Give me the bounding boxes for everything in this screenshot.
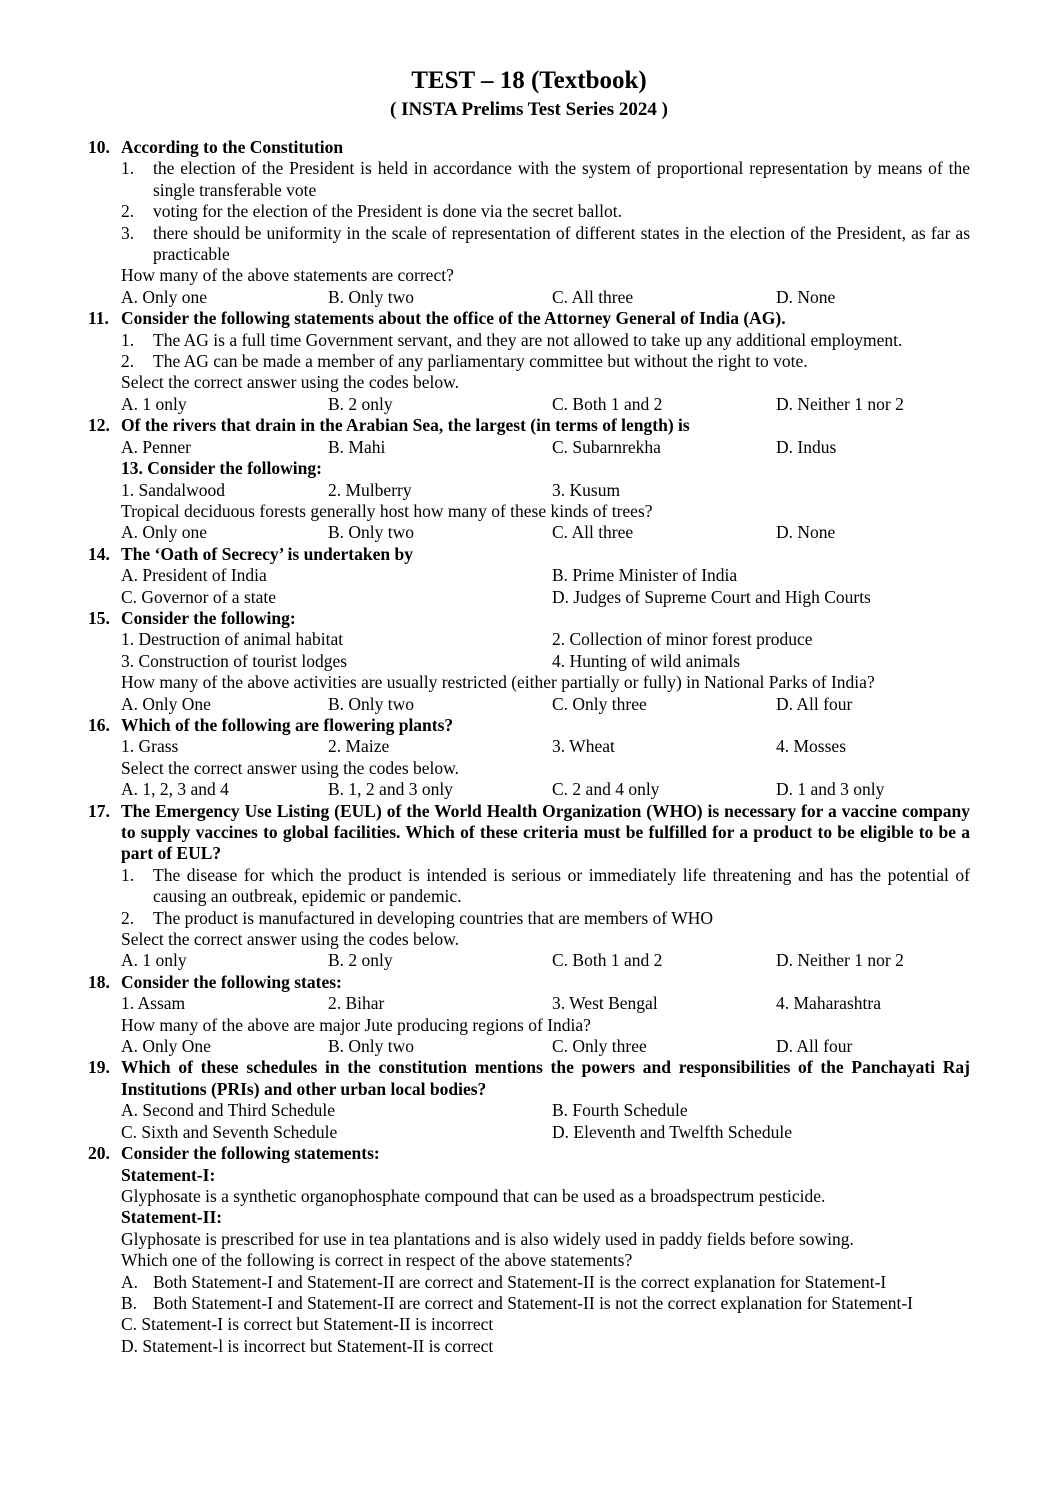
- option-d: D. Eleventh and Twelfth Schedule: [552, 1122, 970, 1143]
- option-c: C. Governor of a state: [121, 587, 552, 608]
- question-prompt: Tropical deciduous forests generally hos…: [121, 501, 970, 522]
- answer-options: A. Only one B. Only two C. All three D. …: [121, 287, 970, 308]
- option-a: A. 1, 2, 3 and 4: [121, 779, 328, 800]
- option-d: D. Indus: [776, 437, 970, 458]
- option-d: D. None: [776, 522, 970, 543]
- option-c: C. Both 1 and 2: [552, 950, 776, 971]
- question-14: 14.The ‘Oath of Secrecy’ is undertaken b…: [88, 544, 970, 608]
- item: 3. Kusum: [552, 480, 776, 501]
- option-d: D. All four: [776, 1036, 970, 1057]
- statement-text: The disease for which the product is int…: [153, 865, 970, 908]
- question-list: 10.According to the Constitution 1.the e…: [88, 137, 970, 1357]
- option-a: A. Only one: [121, 522, 328, 543]
- item: 2. Collection of minor forest produce: [552, 629, 970, 650]
- item: [776, 480, 970, 501]
- option-a: A. Only One: [121, 1036, 328, 1057]
- statement-number: 1.: [121, 158, 153, 201]
- option-letter: B.: [121, 1293, 153, 1314]
- question-20: 20.Consider the following statements: St…: [88, 1143, 970, 1357]
- option-d: D. None: [776, 287, 970, 308]
- question-number: 14.: [88, 544, 121, 565]
- item: 1. Destruction of animal habitat: [121, 629, 552, 650]
- question-number: 19.: [88, 1057, 121, 1100]
- option-text: Both Statement-I and Statement-II are co…: [153, 1293, 970, 1314]
- question-text: Consider the following statements:: [121, 1143, 970, 1164]
- item: 2. Mulberry: [328, 480, 552, 501]
- question-text: The ‘Oath of Secrecy’ is undertaken by: [121, 544, 970, 565]
- item: 1. Sandalwood: [121, 480, 328, 501]
- item-list: 1. Sandalwood 2. Mulberry 3. Kusum: [121, 480, 970, 501]
- option-a: A. Penner: [121, 437, 328, 458]
- item: 1. Assam: [121, 993, 328, 1014]
- statement: 2.voting for the election of the Preside…: [121, 201, 970, 222]
- item-list: 1. Assam 2. Bihar 3. West Bengal 4. Maha…: [121, 993, 970, 1014]
- statement-2-label: Statement-II:: [121, 1207, 970, 1228]
- option-a: A. 1 only: [121, 950, 328, 971]
- question-text: Of the rivers that drain in the Arabian …: [121, 415, 970, 436]
- page-subtitle: ( INSTA Prelims Test Series 2024 ): [0, 98, 1058, 122]
- item: 3. Wheat: [552, 736, 776, 757]
- question-17: 17.The Emergency Use Listing (EUL) of th…: [88, 801, 970, 972]
- option-b: B. 2 only: [328, 394, 552, 415]
- option-d: D. Neither 1 nor 2: [776, 950, 970, 971]
- item: 2. Maize: [328, 736, 552, 757]
- question-number: 17.: [88, 801, 121, 865]
- question-prompt: Select the correct answer using the code…: [121, 372, 970, 393]
- statement: 1.the election of the President is held …: [121, 158, 970, 201]
- option-b: B. Only two: [328, 694, 552, 715]
- page-title: TEST – 18 (Textbook): [0, 66, 1058, 96]
- option-b: B. 1, 2 and 3 only: [328, 779, 552, 800]
- option-d: D. Judges of Supreme Court and High Cour…: [552, 587, 970, 608]
- statement-1-text: Glyphosate is a synthetic organophosphat…: [121, 1186, 970, 1207]
- question-prompt: Select the correct answer using the code…: [121, 929, 970, 950]
- statement-text: The product is manufactured in developin…: [153, 908, 970, 929]
- option-d: D. All four: [776, 694, 970, 715]
- question-text: Consider the following states:: [121, 972, 970, 993]
- statement-1-label: Statement-I:: [121, 1165, 970, 1186]
- option-b: B.Both Statement-I and Statement-II are …: [121, 1293, 970, 1314]
- question-18: 18.Consider the following states: 1. Ass…: [88, 972, 970, 1058]
- question-text: Consider the following statements about …: [121, 308, 970, 329]
- statement-text: The AG can be made a member of any parli…: [153, 351, 970, 372]
- statement-text: the election of the President is held in…: [153, 158, 970, 201]
- answer-options: A. Second and Third Schedule B. Fourth S…: [121, 1100, 970, 1143]
- answer-options: A. President of India B. Prime Minister …: [121, 565, 970, 608]
- option-b: B. Prime Minister of India: [552, 565, 970, 586]
- option-d: D. Statement-l is incorrect but Statemen…: [121, 1336, 970, 1357]
- option-c: C. Both 1 and 2: [552, 394, 776, 415]
- option-a: A. 1 only: [121, 394, 328, 415]
- question-number: 12.: [88, 415, 121, 436]
- question-prompt: How many of the above activities are usu…: [121, 672, 970, 693]
- question-text: The Emergency Use Listing (EUL) of the W…: [121, 801, 970, 865]
- question-prompt: Which one of the following is correct in…: [121, 1250, 970, 1271]
- question-number: 15.: [88, 608, 121, 629]
- question-11: 11.Consider the following statements abo…: [88, 308, 970, 415]
- question-prompt: How many of the above statements are cor…: [121, 265, 970, 286]
- option-text: Both Statement-I and Statement-II are co…: [153, 1272, 970, 1293]
- option-a: A. President of India: [121, 565, 552, 586]
- option-b: B. Fourth Schedule: [552, 1100, 970, 1121]
- answer-options: A. 1 only B. 2 only C. Both 1 and 2 D. N…: [121, 394, 970, 415]
- question-12: 12.Of the rivers that drain in the Arabi…: [88, 415, 970, 458]
- question-text: Consider the following:: [121, 608, 970, 629]
- question-10: 10.According to the Constitution 1.the e…: [88, 137, 970, 308]
- statement: 3.there should be uniformity in the scal…: [121, 223, 970, 266]
- statement-text: The AG is a full time Government servant…: [153, 330, 970, 351]
- option-b: B. 2 only: [328, 950, 552, 971]
- statement: 2.The product is manufactured in develop…: [121, 908, 970, 929]
- question-number: 18.: [88, 972, 121, 993]
- option-c: C. All three: [552, 522, 776, 543]
- statement: 1.The AG is a full time Government serva…: [121, 330, 970, 351]
- question-19: 19.Which of these schedules in the const…: [88, 1057, 970, 1143]
- option-a: A. Second and Third Schedule: [121, 1100, 552, 1121]
- option-c: C. All three: [552, 287, 776, 308]
- option-d: D. Neither 1 nor 2: [776, 394, 970, 415]
- item-list: 1. Grass 2. Maize 3. Wheat 4. Mosses: [121, 736, 970, 757]
- question-number: 10.: [88, 137, 121, 158]
- question-text: Which of these schedules in the constitu…: [121, 1057, 970, 1100]
- option-c: C. Subarnrekha: [552, 437, 776, 458]
- question-number: 16.: [88, 715, 121, 736]
- document-page: TEST – 18 (Textbook) ( INSTA Prelims Tes…: [0, 0, 1058, 1497]
- option-c: C. Only three: [552, 1036, 776, 1057]
- item-list: 1. Destruction of animal habitat 2. Coll…: [121, 629, 970, 672]
- option-b: B. Only two: [328, 522, 552, 543]
- statement-text: there should be uniformity in the scale …: [153, 223, 970, 266]
- question-prompt: How many of the above are major Jute pro…: [121, 1015, 970, 1036]
- answer-options: A. Only One B. Only two C. Only three D.…: [121, 694, 970, 715]
- question-13: 13. Consider the following: 1. Sandalwoo…: [88, 458, 970, 544]
- statement-number: 3.: [121, 223, 153, 266]
- statement-number: 2.: [121, 908, 153, 929]
- option-b: B. Only two: [328, 287, 552, 308]
- option-c: C. 2 and 4 only: [552, 779, 776, 800]
- question-text: Which of the following are flowering pla…: [121, 715, 970, 736]
- item: 3. Construction of tourist lodges: [121, 651, 552, 672]
- question-prompt: Select the correct answer using the code…: [121, 758, 970, 779]
- option-c: C. Only three: [552, 694, 776, 715]
- statement-text: voting for the election of the President…: [153, 201, 970, 222]
- answer-options: A. 1 only B. 2 only C. Both 1 and 2 D. N…: [121, 950, 970, 971]
- question-16: 16.Which of the following are flowering …: [88, 715, 970, 801]
- answer-options: A. Only One B. Only two C. Only three D.…: [121, 1036, 970, 1057]
- option-a: A. Only one: [121, 287, 328, 308]
- question-15: 15.Consider the following: 1. Destructio…: [88, 608, 970, 715]
- statement: 2.The AG can be made a member of any par…: [121, 351, 970, 372]
- answer-options: A. 1, 2, 3 and 4 B. 1, 2 and 3 only C. 2…: [121, 779, 970, 800]
- statement-2-text: Glyphosate is prescribed for use in tea …: [121, 1229, 970, 1250]
- option-c: C. Statement-I is correct but Statement-…: [121, 1314, 970, 1335]
- question-number: 20.: [88, 1143, 121, 1164]
- option-b: B. Mahi: [328, 437, 552, 458]
- option-c: C. Sixth and Seventh Schedule: [121, 1122, 552, 1143]
- statement-number: 1.: [121, 330, 153, 351]
- item: 4. Maharashtra: [776, 993, 970, 1014]
- statement-number: 2.: [121, 201, 153, 222]
- statement: 1.The disease for which the product is i…: [121, 865, 970, 908]
- option-a: A.Both Statement-I and Statement-II are …: [121, 1272, 970, 1293]
- option-d: D. 1 and 3 only: [776, 779, 970, 800]
- item: 2. Bihar: [328, 993, 552, 1014]
- item: 4. Hunting of wild animals: [552, 651, 970, 672]
- statement-number: 2.: [121, 351, 153, 372]
- item: 3. West Bengal: [552, 993, 776, 1014]
- item: 4. Mosses: [776, 736, 970, 757]
- question-number: 11.: [88, 308, 121, 329]
- item: 1. Grass: [121, 736, 328, 757]
- option-letter: A.: [121, 1272, 153, 1293]
- statement-number: 1.: [121, 865, 153, 908]
- option-a: A. Only One: [121, 694, 328, 715]
- answer-options: A. Penner B. Mahi C. Subarnrekha D. Indu…: [121, 437, 970, 458]
- answer-options: A. Only one B. Only two C. All three D. …: [121, 522, 970, 543]
- question-text: According to the Constitution: [121, 137, 970, 158]
- option-b: B. Only two: [328, 1036, 552, 1057]
- question-text: 13. Consider the following:: [121, 458, 970, 479]
